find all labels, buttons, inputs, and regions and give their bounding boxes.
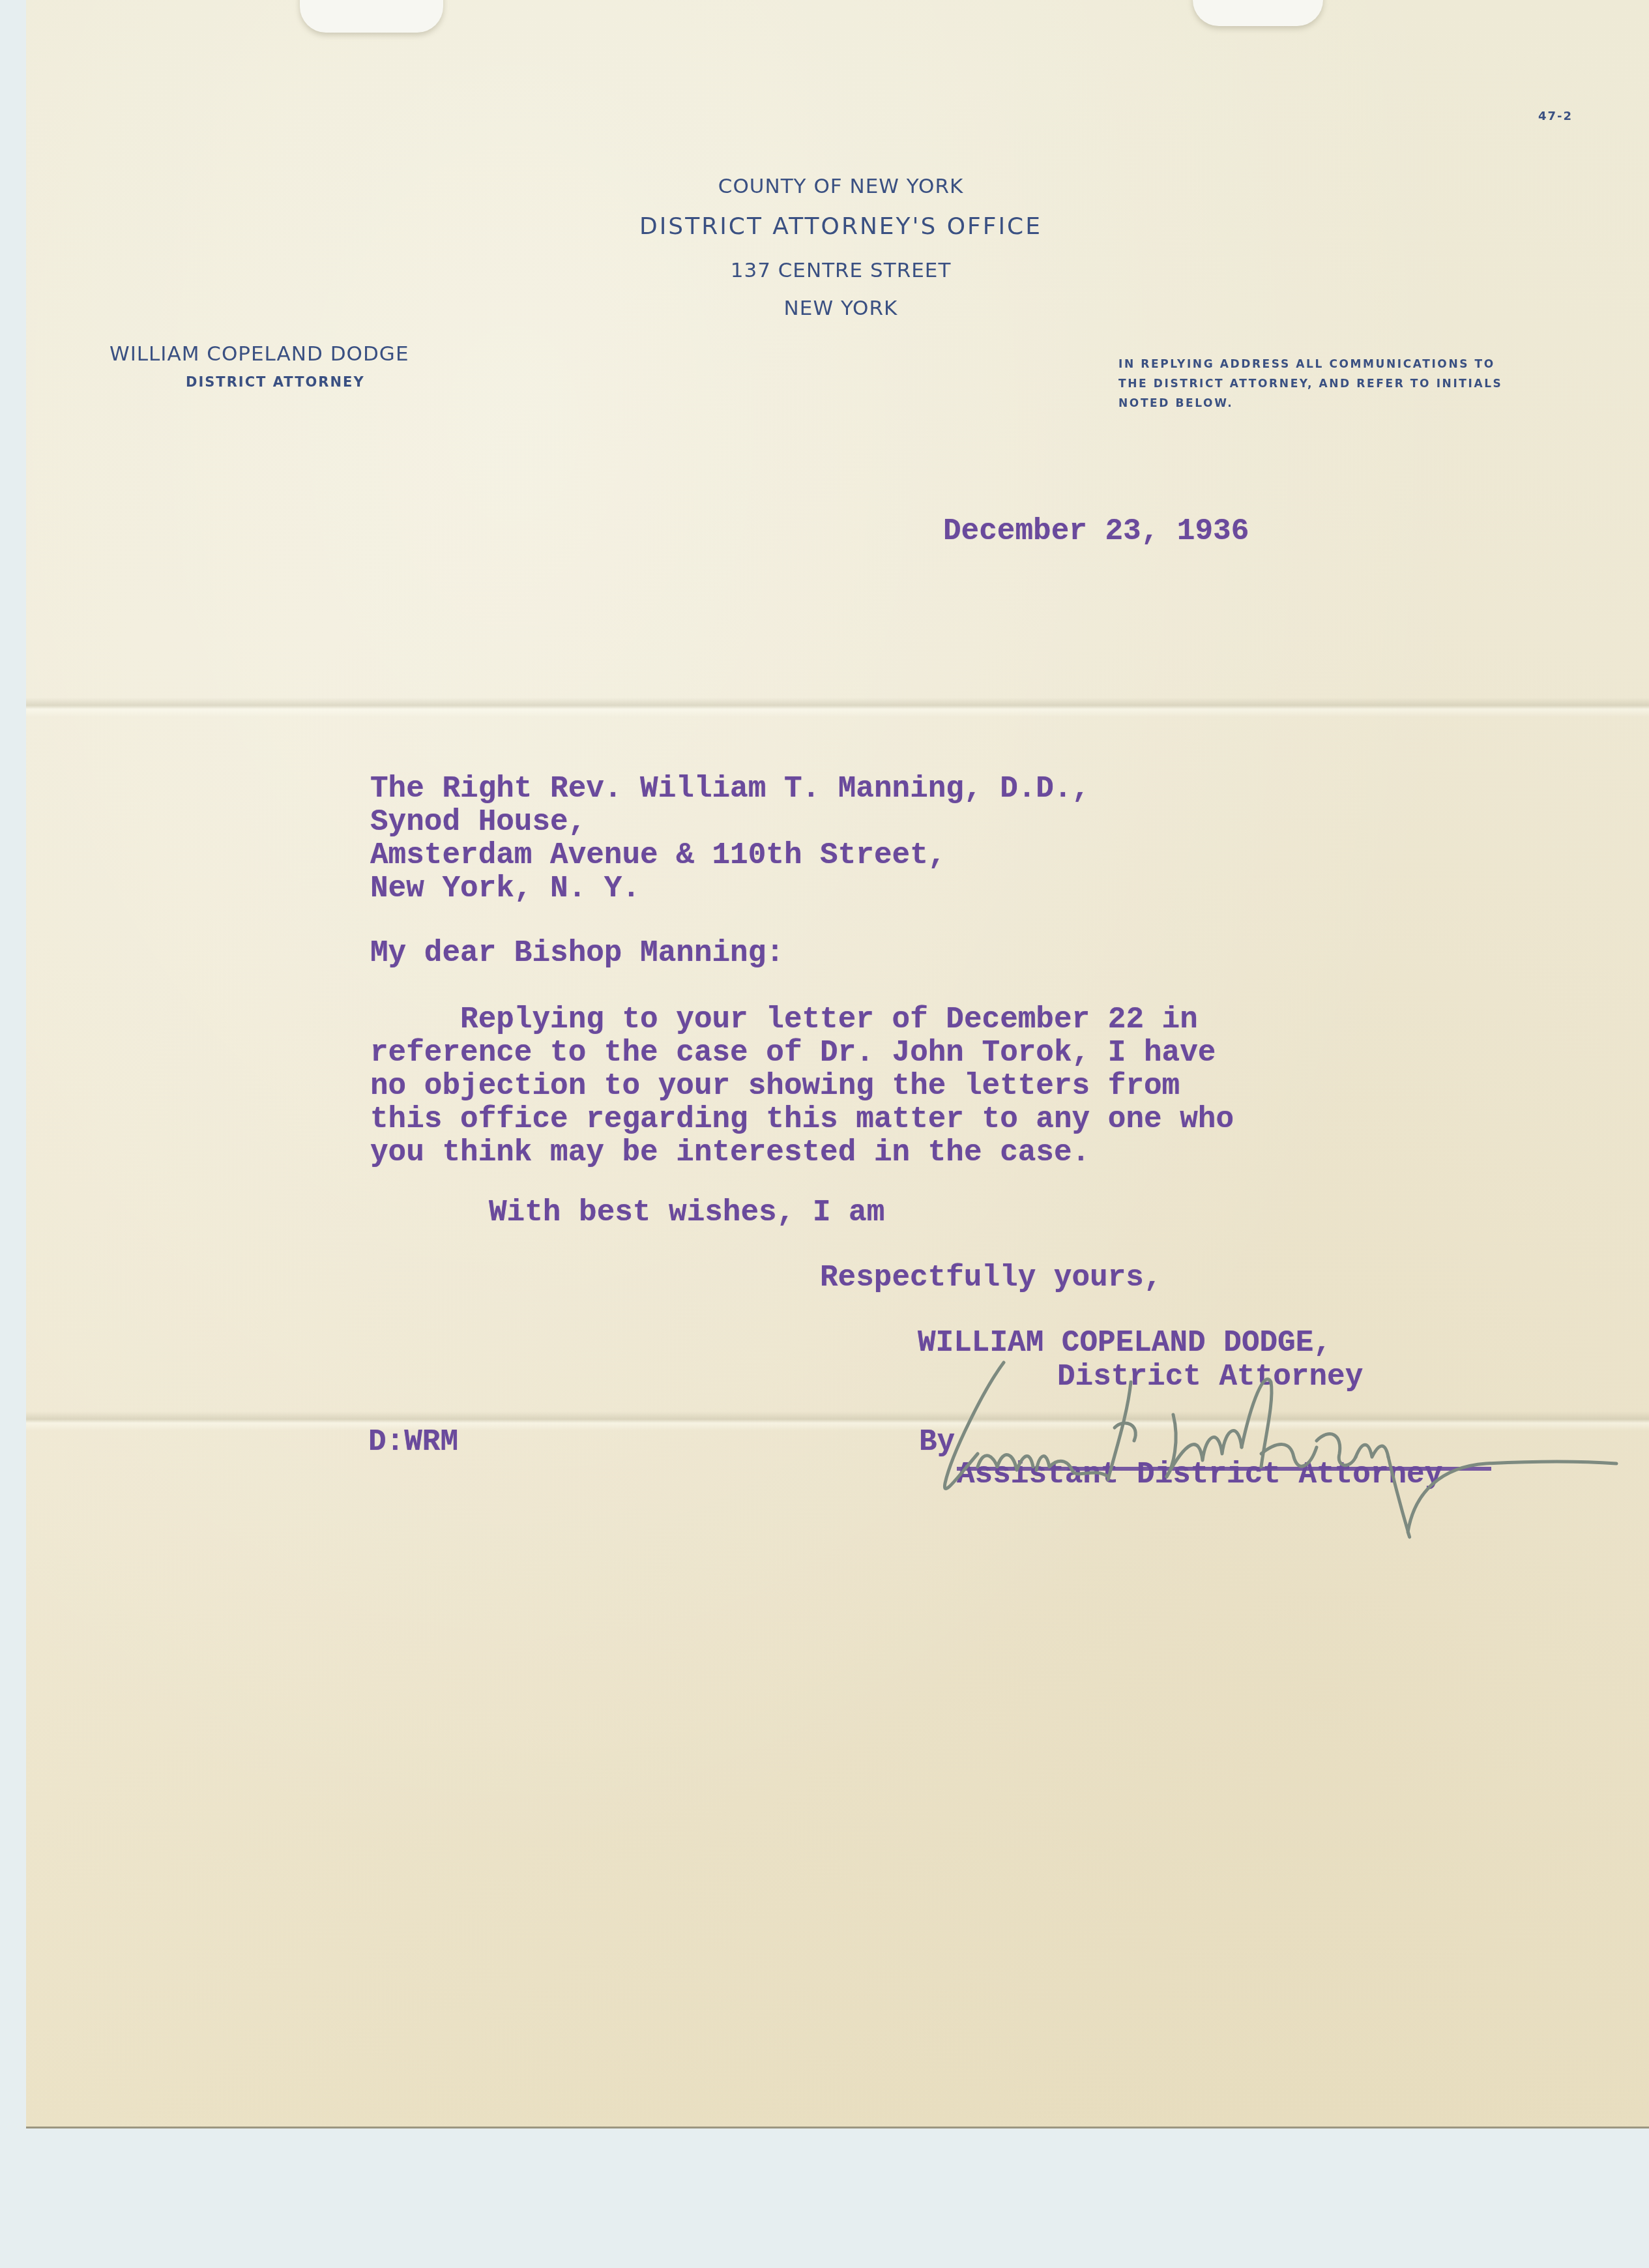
reply-notice-line: NOTED BELOW. xyxy=(1118,394,1502,413)
body-line: you think may be interested in the case. xyxy=(370,1136,1234,1170)
body-line: no objection to your showing the letters… xyxy=(370,1070,1234,1103)
complimentary-close: Respectfully yours, xyxy=(820,1261,1162,1295)
recipient-line: Synod House, xyxy=(370,806,1090,839)
letterhead-office: DISTRICT ATTORNEY'S OFFICE xyxy=(639,213,1042,240)
recipient-line: The Right Rev. William T. Manning, D.D., xyxy=(370,773,1090,806)
recipient-address: The Right Rev. William T. Manning, D.D.,… xyxy=(370,773,1090,906)
form-number: 47-2 xyxy=(1538,110,1573,123)
recipient-line: Amsterdam Avenue & 110th Street, xyxy=(370,839,1090,872)
recipient-line: New York, N. Y. xyxy=(370,872,1090,906)
closing-line: With best wishes, I am xyxy=(489,1196,884,1230)
letterhead-street: 137 CENTRE STREET xyxy=(731,259,952,282)
letterhead-official-name: WILLIAM COPELAND DODGE xyxy=(109,342,409,366)
letterhead-county: COUNTY OF NEW YORK xyxy=(718,175,964,198)
body-line: this office regarding this matter to any… xyxy=(370,1103,1234,1136)
body-line: Replying to your letter of December 22 i… xyxy=(370,1003,1234,1037)
fold-line-upper xyxy=(26,698,1649,717)
staple-mark-left xyxy=(300,0,443,33)
letter-body: Replying to your letter of December 22 i… xyxy=(370,1003,1234,1170)
staple-mark-right xyxy=(1193,0,1323,26)
reply-notice-line: IN REPLYING ADDRESS ALL COMMUNICATIONS T… xyxy=(1118,355,1502,374)
letter-date: December 23, 1936 xyxy=(943,515,1249,548)
reference-initials: D:WRM xyxy=(368,1426,458,1459)
letterhead-official-title: DISTRICT ATTORNEY xyxy=(186,374,365,390)
reply-notice-line: THE DISTRICT ATTORNEY, AND REFER TO INIT… xyxy=(1118,374,1502,394)
handwritten-signature xyxy=(899,1343,1649,1552)
reply-notice: IN REPLYING ADDRESS ALL COMMUNICATIONS T… xyxy=(1118,355,1502,413)
body-line: reference to the case of Dr. John Torok,… xyxy=(370,1037,1234,1070)
letterhead-city: NEW YORK xyxy=(784,297,898,320)
salutation: My dear Bishop Manning: xyxy=(370,937,784,970)
